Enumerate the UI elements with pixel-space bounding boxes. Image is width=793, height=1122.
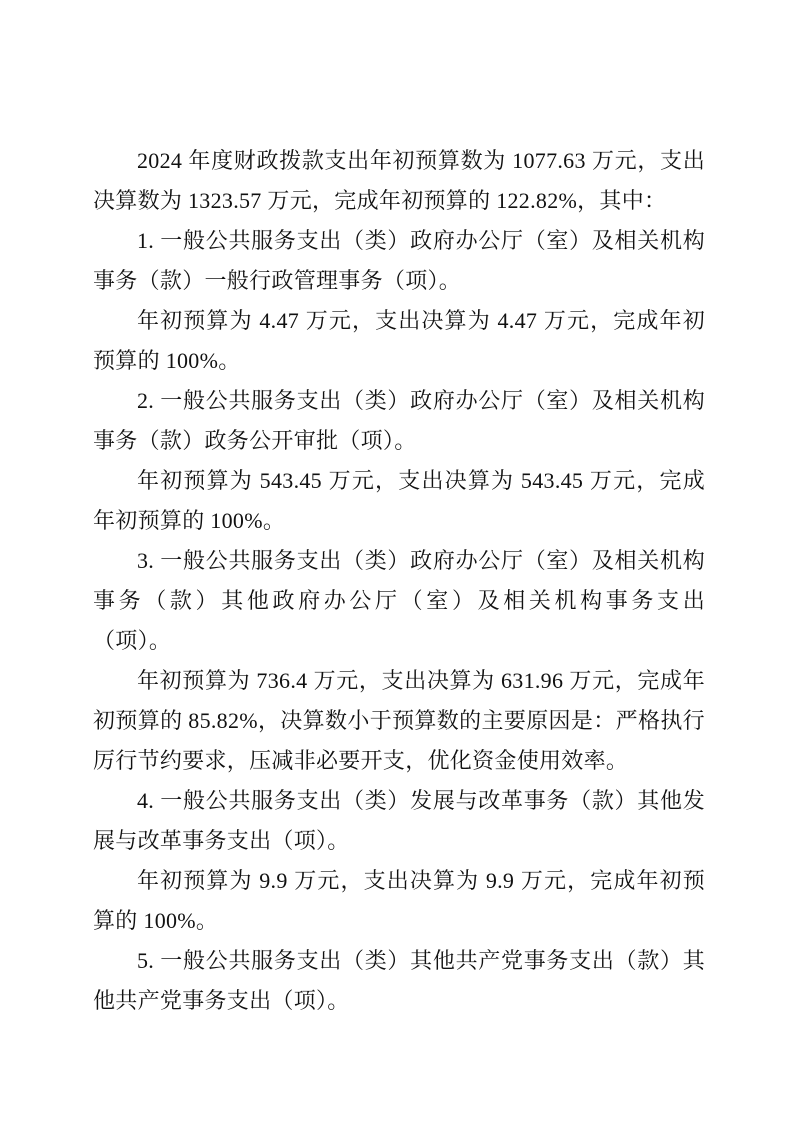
- paragraph-item-2-title: 2. 一般公共服务支出（类）政府办公厅（室）及相关机构事务（款）政务公开审批（项…: [93, 381, 705, 461]
- document-body: 2024 年度财政拨款支出年初预算数为 1077.63 万元，支出决算数为 13…: [93, 141, 705, 1021]
- paragraph-item-5-title: 5. 一般公共服务支出（类）其他共产党事务支出（款）其他共产党事务支出（项）。: [93, 941, 705, 1021]
- paragraph-item-3-figures: 年初预算为 736.4 万元，支出决算为 631.96 万元，完成年初预算的 8…: [93, 661, 705, 781]
- paragraph-item-3-title: 3. 一般公共服务支出（类）政府办公厅（室）及相关机构事务（款）其他政府办公厅（…: [93, 541, 705, 661]
- paragraph-item-4-figures: 年初预算为 9.9 万元，支出决算为 9.9 万元，完成年初预算的 100%。: [93, 861, 705, 941]
- paragraph-item-2-figures: 年初预算为 543.45 万元，支出决算为 543.45 万元，完成年初预算的 …: [93, 461, 705, 541]
- paragraph-item-1-title: 1. 一般公共服务支出（类）政府办公厅（室）及相关机构事务（款）一般行政管理事务…: [93, 221, 705, 301]
- paragraph-budget-summary: 2024 年度财政拨款支出年初预算数为 1077.63 万元，支出决算数为 13…: [93, 141, 705, 221]
- paragraph-item-4-title: 4. 一般公共服务支出（类）发展与改革事务（款）其他发展与改革事务支出（项）。: [93, 781, 705, 861]
- paragraph-item-1-figures: 年初预算为 4.47 万元，支出决算为 4.47 万元，完成年初预算的 100%…: [93, 301, 705, 381]
- document-page: 2024 年度财政拨款支出年初预算数为 1077.63 万元，支出决算数为 13…: [0, 0, 793, 1122]
